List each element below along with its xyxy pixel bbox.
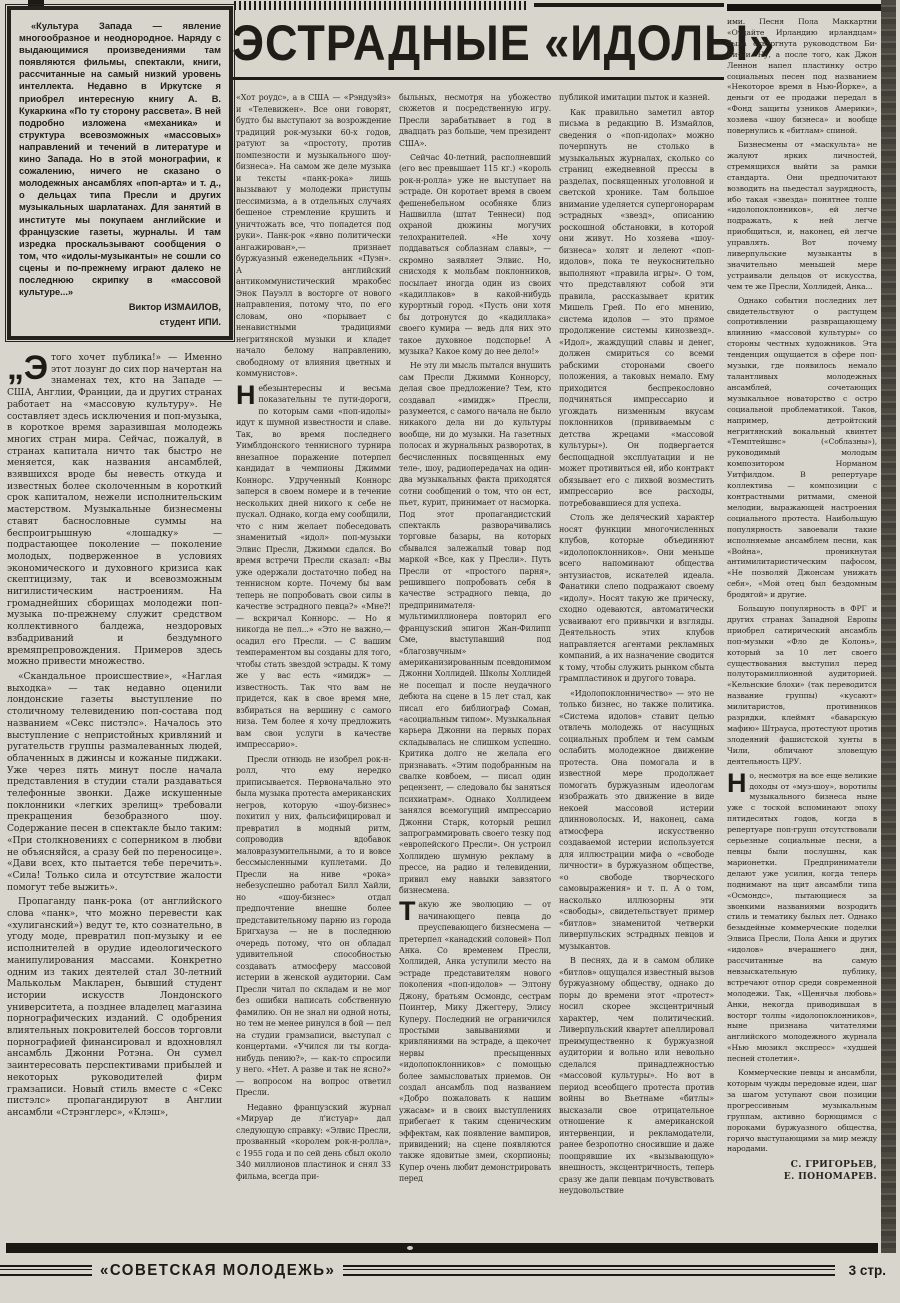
- page-footer: «СОВЕТСКАЯ МОЛОДЕЖЬ» 3 стр.: [0, 1262, 886, 1279]
- reader-letter-text: «Культура Запада — явление многообразное…: [19, 20, 221, 298]
- paragraph: Бизнесмены от «маскульта» не жалуют ярки…: [727, 140, 877, 293]
- paragraph: «Хот роудс», а в США — «Рэндуэйз» и «Тел…: [236, 92, 391, 380]
- column-5-paragraphs: ими. Песня Пола Маккартни «Отдайте Ирлан…: [727, 17, 877, 1155]
- paragraph: „Этого хочет публика!» — Именно этот лоз…: [7, 352, 222, 668]
- author-1: С. ГРИГОРЬЕВ,: [727, 1159, 877, 1171]
- paragraph: Сейчас 40-летний, располневший (его вес …: [399, 152, 551, 357]
- paragraph: Недавно французский журнал «Мируар де л'…: [236, 1102, 391, 1183]
- paragraph: В песнях, да и в самом облике «битлов» о…: [559, 955, 714, 1197]
- paragraph: Столь же деляческий характер носят функц…: [559, 512, 714, 685]
- footer-rule-left: [0, 1265, 92, 1276]
- paragraph: публикой имитации пыток и казней.: [559, 92, 714, 104]
- article-headline: ЭСТРАДНЫЕ «ИДОЛЫ»: [232, 14, 724, 72]
- paragraph: Коммерческие певцы и ансамбли, которым ч…: [727, 1068, 877, 1155]
- right-edge-bar: [881, 0, 896, 1253]
- body-column-1: „Этого хочет публика!» — Именно этот лоз…: [7, 352, 222, 1240]
- paragraph: Небезынтересны и весьма показательны те …: [236, 383, 391, 751]
- top-rule: [534, 3, 724, 7]
- paragraph: Большую популярность в ФРГ и других стра…: [727, 604, 877, 768]
- drop-cap: Н: [727, 772, 746, 795]
- column-top-bar: [727, 4, 893, 11]
- reader-letter-box: «Культура Запада — явление многообразное…: [7, 6, 233, 340]
- letter-signature-title: студент ИПИ.: [19, 316, 221, 328]
- article-authors: С. ГРИГОРЬЕВ, Е. ПОНОМАРЕВ.: [727, 1159, 877, 1183]
- paragraph: Но, несмотря на все еще великие доходы о…: [727, 771, 877, 1065]
- body-column-2: «Хот роудс», а в США — «Рэндуэйз» и «Тел…: [236, 92, 391, 1241]
- paragraph: Пресли отнюдь не изобрел рок-н-ролл, что…: [236, 754, 391, 1099]
- body-column-4: публикой имитации пыток и казней.Как пра…: [559, 92, 714, 1241]
- bottom-rule-dot: [407, 1246, 413, 1250]
- body-column-5: ими. Песня Пола Маккартни «Отдайте Ирлан…: [727, 17, 877, 1243]
- body-column-3: быльных, несмотря на убожество сюжетов и…: [399, 92, 551, 1241]
- paragraph: Однако события последних лет свидетельст…: [727, 296, 877, 601]
- drop-cap: Т: [399, 900, 415, 923]
- paragraph: быльных, несмотря на убожество сюжетов и…: [399, 92, 551, 149]
- headline-rule: [232, 77, 724, 80]
- hatch-rule: [234, 1, 526, 10]
- headline-zone: ЭСТРАДНЫЕ «ИДОЛЫ»: [232, 10, 724, 80]
- paragraph: Как правильно заметил автор письма в ред…: [559, 107, 714, 510]
- author-2: Е. ПОНОМАРЕВ.: [727, 1171, 877, 1183]
- page-number: 3 стр.: [849, 1263, 886, 1278]
- newspaper-page: ЭСТРАДНЫЕ «ИДОЛЫ» «Культура Запада — явл…: [0, 0, 900, 1303]
- paragraph: Такую же эволюцию — от начинающего певца…: [399, 899, 551, 1184]
- footer-rule-right: [343, 1265, 834, 1276]
- paragraph: Пропаганду панк-рока (от английского сло…: [7, 896, 222, 1118]
- drop-cap: „Э: [7, 353, 48, 383]
- bottom-rule: [6, 1243, 878, 1253]
- paragraph: «Скандальное происшествие», «Наглая выхо…: [7, 671, 222, 893]
- paragraph: ими. Песня Пола Маккартни «Отдайте Ирлан…: [727, 17, 877, 137]
- letter-signature-name: Виктор ИЗМАИЛОВ,: [19, 301, 221, 313]
- drop-cap: Н: [236, 384, 255, 407]
- paragraph: «Идолопоклонничество» — это не только би…: [559, 688, 714, 953]
- paragraph: Не эту ли мысль пытался внушить сам Прес…: [399, 360, 551, 896]
- newspaper-masthead: «СОВЕТСКАЯ МОЛОДЕЖЬ»: [92, 1262, 343, 1280]
